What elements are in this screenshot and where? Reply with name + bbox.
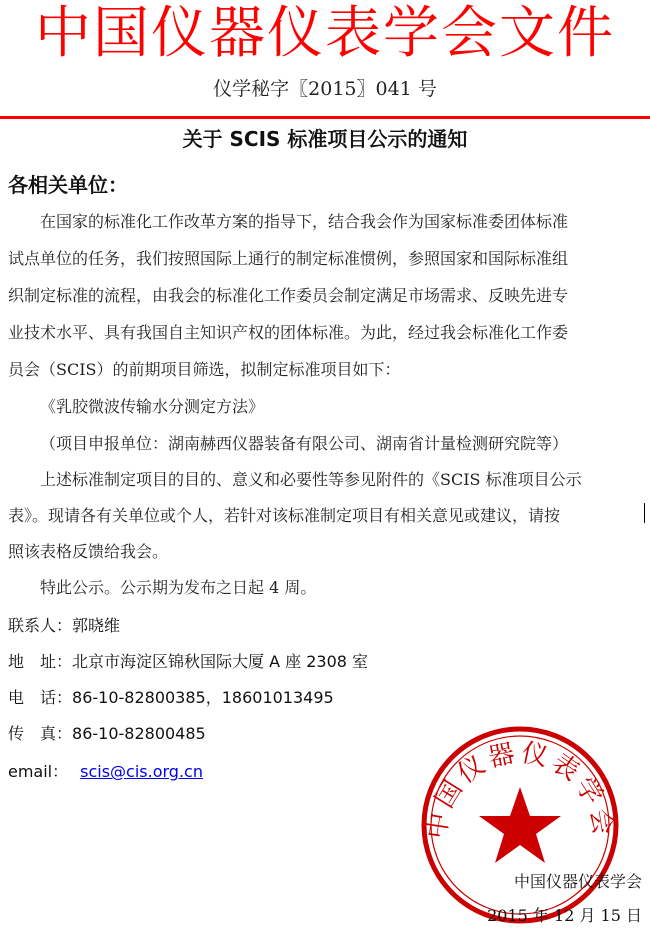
official-seal: 中国仪器仪表学会	[420, 725, 620, 925]
salutation: 各相关单位：	[8, 170, 128, 200]
paragraph-line: 照该表格反馈给我会。	[8, 540, 168, 564]
fax-value: 86-10-82800485	[72, 724, 206, 743]
contact-person-row: 联系人：郭晓维	[8, 614, 120, 638]
fax-row: 传 真：86-10-82800485	[8, 722, 206, 746]
email-link[interactable]: scis@cis.org.cn	[80, 762, 203, 781]
header-divider	[0, 116, 650, 119]
contact-person-value: 郭晓维	[72, 616, 120, 635]
phone-label: 电 话：	[8, 686, 72, 710]
address-value: 北京市海淀区锦秋国际大厦 A 座 2308 室	[72, 652, 368, 671]
text-cursor	[644, 503, 645, 523]
paragraph-line: 上述标准制定项目的目的、意义和必要性等参见附件的《SCIS 标准项目公示	[40, 468, 582, 492]
project-applicants: （项目申报单位：湖南赫西仪器装备有限公司、湖南省计量检测研究院等）	[40, 432, 568, 456]
notice-title: 关于 SCIS 标准项目公示的通知	[0, 124, 650, 154]
signature-organization: 中国仪器仪表学会	[514, 870, 642, 894]
email-label: email：	[8, 760, 68, 784]
document-header-title: 中国仪器仪表学会文件	[0, 2, 650, 66]
address-label: 地 址：	[8, 650, 72, 674]
signature-date: 2015 年 12 月 15 日	[487, 904, 642, 928]
email-row: email：scis@cis.org.cn	[8, 760, 203, 784]
standard-project-title: 《乳胶微波传输水分测定方法》	[40, 395, 264, 419]
paragraph-line: 试点单位的任务，我们按照国际上通行的制定标准惯例，参照国家和国际标准组	[8, 247, 568, 271]
fax-label: 传 真：	[8, 722, 72, 746]
phone-row: 电 话：86-10-82800385，18601013495	[8, 686, 334, 710]
publicity-period: 特此公示。公示期为发布之日起 4 周。	[40, 576, 316, 600]
phone-value: 86-10-82800385，18601013495	[72, 688, 334, 707]
paragraph-line: 织制定标准的流程，由我会的标准化工作委员会制定满足市场需求、反映先进专	[8, 284, 568, 308]
document-number: 仪学秘字〖2015〗041 号	[0, 74, 650, 104]
paragraph-line: 业技术水平、具有我国自主知识产权的团体标准。为此，经过我会标准化工作委	[8, 321, 568, 345]
paragraph-line: 员会（SCIS）的前期项目筛选，拟制定标准项目如下：	[8, 358, 401, 382]
star-icon	[479, 787, 561, 863]
contact-person-label: 联系人：	[8, 614, 72, 638]
paragraph-line: 表》。现请各有关单位或个人，若针对该标准制定项目有相关意见或建议，请按	[8, 504, 560, 528]
address-row: 地 址：北京市海淀区锦秋国际大厦 A 座 2308 室	[8, 650, 368, 674]
paragraph-line: 在国家的标准化工作改革方案的指导下，结合我会作为国家标准委团体标准	[40, 210, 568, 234]
